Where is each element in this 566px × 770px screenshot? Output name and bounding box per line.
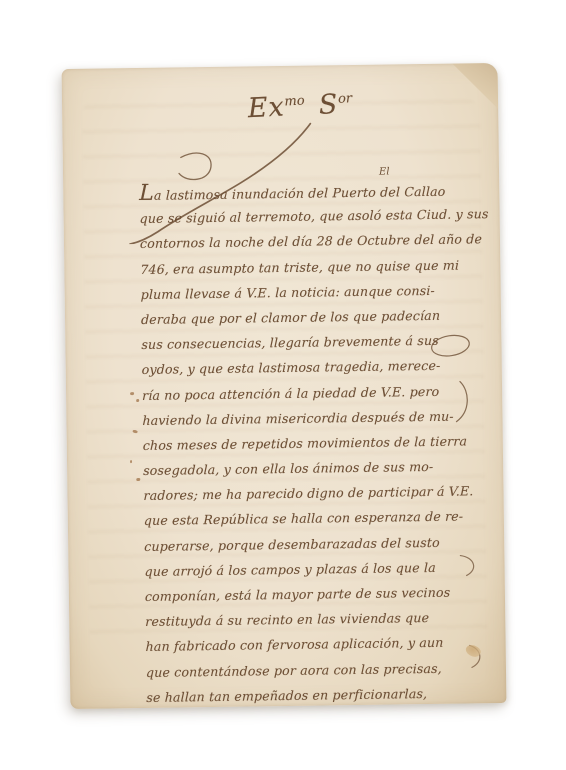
interlinear-note: El	[379, 167, 390, 178]
ink-blot-icon	[130, 392, 134, 395]
ink-blot-icon	[136, 399, 139, 402]
letter-body: La lastimosa inundación del Puerto del C…	[139, 176, 488, 710]
heading-abbrev-exmo: Ex	[247, 92, 285, 125]
manuscript-page: ExmoSor El La lastimosa inundación del P…	[62, 63, 507, 709]
page-heading: ExmoSor	[179, 85, 420, 128]
ink-blot-icon	[132, 429, 138, 433]
heading-space	[305, 114, 319, 115]
ink-blot-icon	[136, 478, 140, 481]
heading-superscript-mo: mo	[284, 94, 305, 110]
text-line: se hallan tan empeñados en perficionarla…	[146, 680, 488, 710]
heading-abbrev-sor: S	[318, 89, 339, 121]
heading-superscript-or: or	[338, 91, 353, 107]
corner-fold-icon	[452, 63, 499, 114]
photo-backdrop: ExmoSor El La lastimosa inundación del P…	[0, 0, 566, 770]
ink-blot-icon	[130, 460, 132, 463]
